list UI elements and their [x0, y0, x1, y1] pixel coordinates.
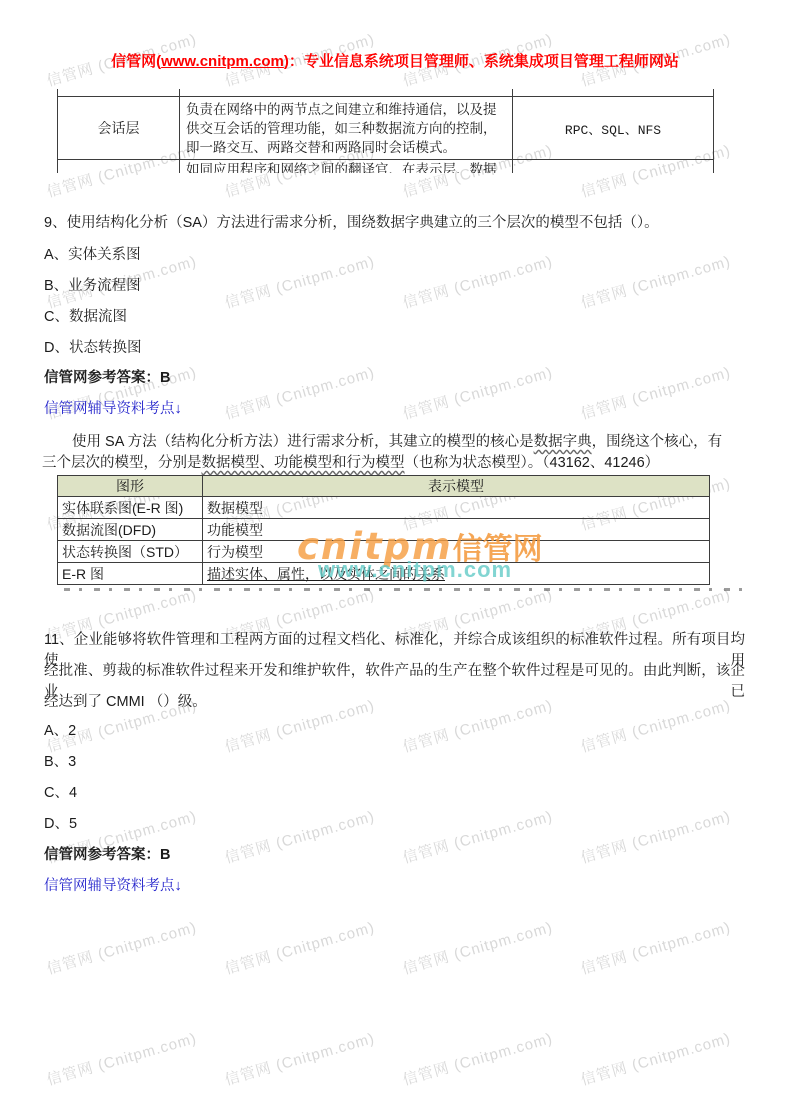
table-row: 数据流图(DFD) 功能模型: [58, 519, 710, 541]
watermark-text: 信管网 (Cnitpm.com): [44, 1027, 199, 1090]
q11-resource-link-line: 信管网辅导资料考点↓: [44, 874, 182, 895]
q11-resource-link[interactable]: 信管网辅导资料考点↓: [44, 878, 182, 894]
clipped-text-bottom: 如同应用程序和网络之间的翻译官，在表示层，数据: [180, 160, 512, 173]
table-row: E-R 图 描述实体、属性，以及实体之间的关系: [58, 563, 710, 585]
cell-empty: [58, 89, 180, 97]
site-tagline: )：专业信息系统项目管理师、系统集成项目管理工程师网站: [284, 53, 679, 70]
page-header: 信管网(www.cnitpm.com)：专业信息系统项目管理师、系统集成项目管理…: [0, 50, 790, 71]
q9-option-d[interactable]: D、状态转换图: [44, 336, 141, 357]
q9-option-c[interactable]: C、数据流图: [44, 305, 127, 326]
site-url-link[interactable]: www.cnitpm.com: [161, 53, 284, 70]
watermark-text: 信管网 (Cnitpm.com): [400, 250, 555, 313]
q11-option-d[interactable]: D、5: [44, 812, 77, 833]
clipped-text-top: ···: [180, 89, 512, 96]
q9-answer-label: 信管网参考答案：: [44, 370, 160, 386]
header-model: 表示模型: [203, 476, 710, 497]
watermark-text: 信管网 (Cnitpm.com): [578, 916, 733, 979]
table-row-clipped-top: ···: [58, 89, 714, 97]
q9-resource-link-line: 信管网辅导资料考点↓: [44, 397, 182, 418]
q9-resource-link[interactable]: 信管网辅导资料考点↓: [44, 401, 182, 417]
wavy-models: 数据模型、功能模型和行为模型: [202, 455, 405, 471]
q9-explanation-line2: 三个层次的模型，分别是数据模型、功能模型和行为模型（也称为状态模型）。（4316…: [42, 451, 659, 472]
watermark-text: 信管网 (Cnitpm.com): [578, 1027, 733, 1090]
header-graph: 图形: [58, 476, 203, 497]
page: 信管网 (Cnitpm.com)信管网 (Cnitpm.com)信管网 (Cni…: [0, 0, 790, 1118]
q11-answer-value: B: [160, 847, 170, 863]
table-row: 状态转换图（STD） 行为模型: [58, 541, 710, 563]
watermark-text: 信管网 (Cnitpm.com): [578, 250, 733, 313]
wavy-term: 数据字典: [534, 434, 592, 450]
q9-option-b[interactable]: B、业务流程图: [44, 274, 141, 295]
watermark-text: 信管网 (Cnitpm.com): [44, 916, 199, 979]
watermark-text: 信管网 (Cnitpm.com): [222, 250, 377, 313]
q9-question: 9、使用结构化分析（SA）方法进行需求分析，围绕数据字典建立的三个层次的模型不包…: [44, 211, 659, 232]
q11-answer-label: 信管网参考答案：: [44, 847, 160, 863]
watermark-text: 信管网 (Cnitpm.com): [578, 361, 733, 424]
table-row-clipped-bottom: 如同应用程序和网络之间的翻译官，在表示层，数据: [58, 160, 714, 174]
layer-desc-cell: 负责在网络中的两节点之间建立和维持通信，以及提供交互会话的管理功能，如三种数据流…: [180, 98, 512, 159]
watermark-text: 信管网 (Cnitpm.com): [222, 694, 377, 757]
watermark-text: 信管网 (Cnitpm.com): [222, 916, 377, 979]
watermark-text: 信管网 (Cnitpm.com): [578, 694, 733, 757]
model-table: 图形 表示模型 实体联系图(E-R 图) 数据模型 数据流图(DFD) 功能模型…: [57, 475, 710, 585]
model-table-header: 图形 表示模型: [58, 476, 710, 497]
q11-answer-line: 信管网参考答案：B: [44, 843, 170, 864]
q9-option-a[interactable]: A、实体关系图: [44, 243, 141, 264]
watermark-text: 信管网 (Cnitpm.com): [578, 805, 733, 868]
cell-empty: [513, 89, 714, 97]
watermark-text: 信管网 (Cnitpm.com): [400, 1027, 555, 1090]
q11-option-c[interactable]: C、4: [44, 781, 77, 802]
table-row: 实体联系图(E-R 图) 数据模型: [58, 497, 710, 519]
q11-option-a[interactable]: A、2: [44, 719, 76, 740]
cell-empty: [58, 160, 180, 174]
dashed-separator: [64, 588, 750, 591]
watermark-text: 信管网 (Cnitpm.com): [222, 361, 377, 424]
osi-layer-table: ··· 会话层 负责在网络中的两节点之间建立和维持通信，以及提供交互会话的管理功…: [57, 89, 714, 173]
watermark-text: 信管网 (Cnitpm.com): [400, 916, 555, 979]
q9-answer-line: 信管网参考答案：B: [44, 366, 170, 387]
layer-name-cell: 会话层: [58, 97, 180, 160]
watermark-text: 信管网 (Cnitpm.com): [222, 805, 377, 868]
watermark-text: 信管网 (Cnitpm.com): [400, 805, 555, 868]
q11-question-line3: 经达到了 CMMI （）级。: [44, 690, 207, 711]
layer-protocols-cell: RPC、SQL、NFS: [513, 97, 714, 160]
site-name: 信管网(: [111, 53, 161, 70]
cell-empty: [513, 160, 714, 174]
q9-explanation-line1: 使用 SA 方法（结构化分析方法）进行需求分析，其建立的模型的核心是数据字典，围…: [42, 430, 722, 451]
watermark-text: 信管网 (Cnitpm.com): [400, 361, 555, 424]
q11-option-b[interactable]: B、3: [44, 750, 76, 771]
watermark-text: 信管网 (Cnitpm.com): [400, 694, 555, 757]
watermark-text: 信管网 (Cnitpm.com): [222, 1027, 377, 1090]
table-row-session-layer: 会话层 负责在网络中的两节点之间建立和维持通信，以及提供交互会话的管理功能，如三…: [58, 97, 714, 160]
q9-answer-value: B: [160, 370, 170, 386]
